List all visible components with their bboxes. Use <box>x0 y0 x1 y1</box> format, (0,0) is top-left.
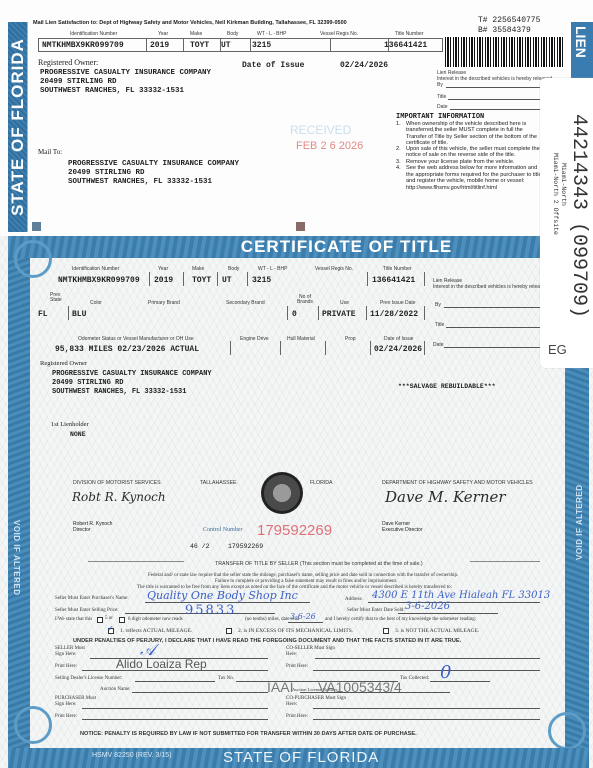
stub-date-of-issue: 02/24/2026 <box>340 61 388 70</box>
director-signature: Robt R. Kynoch <box>72 490 166 504</box>
tax-collected-label: Tax Collected: <box>400 676 429 681</box>
mail-to-label: Mail To: <box>38 148 62 156</box>
date-sold-field[interactable] <box>398 613 498 614</box>
ornament-icon <box>14 240 52 278</box>
cert-registered-owner-label: Registered Owner <box>40 360 87 367</box>
transfer-heading: TRANSFER OF TITLE BY SELLER (This sectio… <box>215 561 423 567</box>
dealer-license-field[interactable] <box>135 681 215 682</box>
ornament-icon <box>548 712 586 750</box>
cert-label-primary-brand: Primary Brand <box>148 300 180 306</box>
penalty-notice: NOTICE: PENALTY IS REQUIRED BY LAW IF NO… <box>80 731 417 737</box>
cert-label-prop: Prop <box>345 336 356 342</box>
copurchaser-print-label: Print Here: <box>286 714 308 719</box>
coseller-print-field[interactable] <box>313 670 540 671</box>
registration-mark <box>32 222 41 231</box>
cert-label-color: Color <box>90 300 102 306</box>
lien-tab-label: LIEN <box>573 26 589 58</box>
executive-title: Executive Director <box>382 527 423 533</box>
seller-print-name: Alido Loaiza Rep <box>116 657 207 671</box>
stub-owner-name: PROGRESSIVE CASUALTY INSURANCE COMPANY <box>40 69 211 77</box>
director-title: Director <box>73 527 91 533</box>
barcode <box>445 37 565 67</box>
address-label: Address: <box>345 597 363 602</box>
date-sold: 3-6-2026 <box>405 601 450 612</box>
date-read-field[interactable] <box>288 622 323 623</box>
cert-label-wt: WT - L - BHP <box>258 266 287 272</box>
auction-license: VA1005343/4 <box>318 679 402 695</box>
cert-lien-date-line[interactable] <box>444 347 540 348</box>
cert-label-odometer: Odometer Status or Vessel Manufacturer o… <box>78 336 194 342</box>
state-side-bar: STATE OF FLORIDA <box>8 22 28 232</box>
state-name: FLORIDA <box>310 480 332 486</box>
purchaser-name-label: Seller Must Enter Purchaser's Name: <box>55 596 129 601</box>
tax-collected-field[interactable] <box>430 681 490 682</box>
cert-odometer: 95,833 MILES 02/23/2026 ACTUAL <box>55 345 199 354</box>
cert-use: PRIVATE <box>322 310 356 319</box>
sticker-location-2: Miami-North 2 Offsite <box>552 153 559 235</box>
address-field[interactable] <box>368 602 540 603</box>
control-code: 46 /2 <box>190 543 210 550</box>
lien-tab: LIEN <box>571 22 593 82</box>
important-info-title: IMPORTANT INFORMATION <box>396 113 484 121</box>
control-number-small: 179592269 <box>228 543 263 550</box>
stub-body: UT <box>221 41 231 50</box>
state-seal-icon <box>261 472 303 514</box>
seller-print-label: Print Here: <box>55 664 77 669</box>
stub-date-of-issue-label: Date of Issue <box>242 61 304 70</box>
stub-lien-date-line[interactable] <box>450 109 540 110</box>
stub-label-make: Make <box>190 31 202 37</box>
cert-lien-date-label: Date <box>433 342 444 348</box>
cert-prev-state: FL <box>38 310 48 319</box>
stub-lien-release-text: Interest in the described vehicles is he… <box>437 76 552 82</box>
tax-collected: 0 <box>440 662 451 683</box>
stub-label-body: Body <box>227 31 238 37</box>
lienholder-value: NONE <box>70 431 86 438</box>
ornament-icon <box>14 706 52 744</box>
stub-make: TOYT <box>190 41 209 50</box>
cert-wt: 3215 <box>252 276 271 285</box>
selling-price-label: Seller Must Enter Selling Price: <box>55 608 119 613</box>
cert-make: TOYT <box>192 276 211 285</box>
stub-lien-title-label: Title <box>437 94 446 100</box>
cert-label-secondary-brand: Secondary Brand <box>226 300 265 306</box>
state-side-label: STATE OF FLORIDA <box>8 38 28 216</box>
cert-label-title-number: Title Number <box>383 266 411 272</box>
received-date-stamp: FEB 2 6 2026 <box>296 140 363 152</box>
certificate-title: CERTIFICATE OF TITLE <box>0 237 593 257</box>
sticker-location-1: Miami-North <box>560 163 567 206</box>
stub-year: 2019 <box>150 41 169 50</box>
five-digit-label: 5 or <box>105 616 113 621</box>
stub-lien-by-label: By <box>437 82 443 88</box>
stub-label-vessel: Vessel Regis No. <box>320 31 358 37</box>
cert-lien-title-line[interactable] <box>446 327 540 328</box>
cert-owner-city: SOUTHWEST RANCHES, FL 33332-1531 <box>52 388 186 396</box>
sticker-initials: EG <box>548 342 567 357</box>
stub-title-number: 136641421 <box>384 41 427 50</box>
important-info-list: 1.When ownership of the vehicle describe… <box>396 121 542 197</box>
cert-title-number: 136641421 <box>372 276 415 285</box>
odometer-statement: I/We state that this <box>55 617 92 622</box>
copurchaser-sign-label: CO-PURCHASER Must Sign Here: <box>286 696 346 708</box>
certify-text: and I hereby certify that to the best of… <box>325 617 476 622</box>
tax-no-label: Tax No. <box>218 676 234 681</box>
purchaser-sign-label: PURCHASER Must Sign Here: <box>55 696 99 708</box>
void-if-altered-left: VOID IF ALTERED <box>12 520 21 596</box>
stub-label-id: Identification Number <box>70 31 117 37</box>
coseller-signature-field[interactable] <box>315 658 540 659</box>
six-digit-checkbox[interactable] <box>119 617 125 623</box>
purchaser-address: 4300 E 11th Ave Hialeah FL 33013 <box>372 590 550 601</box>
cert-lien-by-label: By <box>435 302 441 308</box>
five-digit-checkbox[interactable] <box>97 617 103 623</box>
brand-note: ***SALVAGE REBUILDABLE*** <box>398 383 496 390</box>
cert-label-make: Make <box>192 266 204 272</box>
sticker-number: 44214343 (099709) <box>567 114 590 318</box>
cert-color: BLU <box>72 310 86 319</box>
cert-label-no-brands: No of Brands <box>296 295 314 305</box>
stub-lien-date-label: Date <box>437 104 448 110</box>
cert-label-body: Body <box>228 266 239 272</box>
odometer-reading: 95833 <box>185 603 236 618</box>
cert-lien-title-label: Title <box>435 322 444 328</box>
six-digit-label: 6 digit odometer now reads <box>128 617 183 622</box>
stub-owner-city: SOUTHWEST RANCHES, FL 33332-1531 <box>40 87 184 95</box>
control-number: 179592269 <box>257 522 332 539</box>
date-read: 3-6-26 <box>290 612 316 621</box>
cert-label-prev-state: Prev State <box>50 293 64 303</box>
mail-to-street: 20499 STIRLING RD <box>68 169 145 177</box>
info-item: 2.Upon sale of this vehicle, the seller … <box>396 146 542 159</box>
option-excess-limits: 2. is IN EXCESS OF ITS MECHANICAL LIMITS… <box>238 628 353 634</box>
auction-name-label: Auction Name: <box>100 687 131 692</box>
purchaser-signature-field[interactable] <box>82 708 268 709</box>
lienholder-label: 1st Lienholder <box>51 421 89 428</box>
stub-label-wt: WT - L - BHP <box>257 31 286 37</box>
auction-name-field[interactable] <box>132 692 268 693</box>
certificate-frame-left <box>8 236 30 768</box>
cert-lien-release-text: Interest in the described vehicles is he… <box>433 284 548 290</box>
cert-label-vessel: Vessel Regis No. <box>315 266 353 272</box>
b-number: B# 35584379 <box>478 26 531 35</box>
void-if-altered-right: VOID IF ALTERED <box>575 485 584 561</box>
checkmark-icon: ✓ <box>107 624 114 633</box>
received-stamp: RECEIVED <box>290 123 351 137</box>
not-actual-checkbox[interactable] <box>383 628 389 634</box>
department-name: DEPARTMENT OF HIGHWAY SAFETY AND MOTOR V… <box>382 480 533 486</box>
division-name: DIVISION OF MOTORIST SERVICES <box>73 480 161 486</box>
cert-year: 2019 <box>154 276 173 285</box>
cert-label-date-of-issue: Date of Issue <box>384 336 413 342</box>
info-item: 4.See the web address below for more inf… <box>396 165 542 197</box>
cert-label-prev-issue-date: Prev Issue Date <box>380 300 416 306</box>
cert-label-year: Year <box>158 266 168 272</box>
footer-state-label: STATE OF FLORIDA <box>223 749 379 766</box>
cert-prev-issue-date: 11/28/2022 <box>370 310 418 319</box>
purchaser-print-field[interactable] <box>82 719 268 720</box>
stub-registered-owner-label: Registered Owner: <box>38 58 98 67</box>
registration-mark <box>296 222 305 231</box>
cert-label-engine-drive: Engine Drive <box>240 336 269 342</box>
option-not-actual: 3. is NOT THE ACTUAL MILEAGE. <box>395 628 479 634</box>
stub-lien-title-line[interactable] <box>448 99 540 100</box>
cert-owner-street: 20499 STIRLING RD <box>52 379 123 387</box>
info-item: 1.When ownership of the vehicle describe… <box>396 121 542 146</box>
cert-no-brands: 0 <box>292 310 297 319</box>
copurchaser-signature-field[interactable] <box>313 708 540 709</box>
cert-owner-name: PROGRESSIVE CASUALTY INSURANCE COMPANY <box>52 370 212 378</box>
coseller-sign-label: CO-SELLER Must Sign Here: <box>286 646 336 658</box>
purchaser-name: Quality One Body Shop Inc <box>147 589 298 602</box>
coseller-print-label: Print Here: <box>286 664 308 669</box>
dealer-license-label: Selling Dealer's License Number: <box>55 676 122 681</box>
mail-to-city: SOUTHWEST RANCHES, FL 33332-1531 <box>68 178 212 186</box>
stub-lien-by-line[interactable] <box>446 87 540 88</box>
cert-label-id: Identification Number <box>72 266 119 272</box>
stub-label-title-number: Title Number <box>395 31 423 37</box>
stub-vin: NMTKHMBX9KR099709 <box>42 41 124 50</box>
auction-name: IAAI <box>267 679 293 695</box>
cert-lien-by-line[interactable] <box>444 307 540 308</box>
mail-to-name: PROGRESSIVE CASUALTY INSURANCE COMPANY <box>68 160 239 168</box>
seller-sign-label: SELLER Must Sign Here: <box>55 646 95 658</box>
executive-signature: Dave M. Kerner <box>385 488 506 506</box>
mail-lien-instructions: Mail Lien Satisfaction to: Dept of Highw… <box>33 20 347 26</box>
option-actual-mileage: 1. reflects ACTUAL MILEAGE. <box>120 628 192 634</box>
control-number-label: Control Number <box>203 527 243 533</box>
excess-mileage-checkbox[interactable] <box>226 628 232 634</box>
stub-wt: 3215 <box>252 41 271 50</box>
copurchaser-print-field[interactable] <box>313 719 540 720</box>
date-sold-label: Seller Must Enter Date Sold: <box>347 608 405 613</box>
inventory-sticker: 44214343 (099709) Miami-North Miami-Nort… <box>540 78 593 368</box>
stub-owner-street: 20499 STIRLING RD <box>40 78 117 86</box>
cert-vin: NMTKHMBX9KR099709 <box>58 276 140 285</box>
city-name: TALLAHASSEE <box>200 480 237 486</box>
cert-body: UT <box>222 276 232 285</box>
t-number: T# 2256540775 <box>478 16 540 25</box>
perjury-statement: UNDER PENALTIES OF PERJURY, I DECLARE TH… <box>73 638 461 644</box>
law-text-1: Federal and/ or state law require that t… <box>148 573 458 578</box>
cert-label-use: Use <box>340 300 349 306</box>
stub-label-year: Year <box>158 31 168 37</box>
purchaser-print-label: Print Here: <box>55 714 77 719</box>
law-text-2: Failure to complete or providing a false… <box>215 579 397 584</box>
form-number: HSMV 82250 (REV. 3/15) <box>92 752 172 759</box>
cert-date-of-issue: 02/24/2026 <box>374 345 422 354</box>
cert-label-hull: Hull Material <box>287 336 315 342</box>
